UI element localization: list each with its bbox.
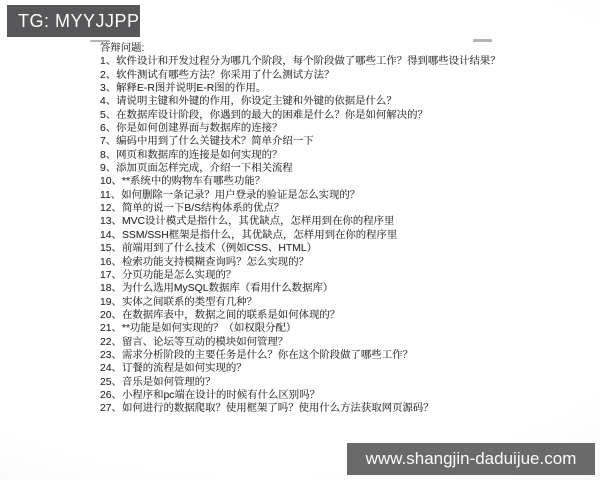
question-number: 20、: [100, 310, 122, 321]
question-list: 答辩问题: 1、软件设计和开发过程分为哪几个阶段，每个阶段做了哪些工作？得到哪些…: [100, 42, 560, 416]
question-number: 7、: [100, 136, 116, 147]
question-text: 需求分析阶段的主要任务是什么？你在这个阶段做了哪些工作？: [122, 350, 413, 361]
question-text: 在数据库表中，数据之间的联系是如何体现的？: [122, 310, 340, 321]
question-number: 16、: [100, 257, 122, 268]
question-text: 解释E-R图并说明E-R图的作用。: [116, 83, 266, 94]
question-number: 19、: [100, 297, 122, 308]
question-number: 4、: [100, 96, 116, 107]
tg-watermark-badge: TG: MYYJJPP: [7, 5, 140, 37]
question-line: 11、如何删除一条记录？用户登录的验证是怎么实现的？: [100, 189, 560, 202]
question-line: 21、**功能是如何实现的？（如权限分配）: [100, 322, 560, 335]
question-text: 为什么选用MySQL数据库（看用什么数据库）: [122, 283, 333, 294]
question-line: 14、SSM/SSH框架是指什么，其优缺点，怎样用到在你的程序里: [100, 229, 560, 242]
question-text: MVC设计模式是指什么，其优缺点，怎样用到在你的程序里: [122, 216, 394, 227]
question-number: 13、: [100, 216, 122, 227]
question-line: 17、分页功能是怎么实现的？: [100, 269, 560, 282]
question-line: 1、软件设计和开发过程分为哪几个阶段，每个阶段做了哪些工作？得到哪些设计结果？: [100, 55, 560, 68]
question-line: 2、软件测试有哪些方法？你采用了什么测试方法？: [100, 69, 560, 82]
question-number: 22、: [100, 337, 122, 348]
question-text: 订餐的流程是如何实现的？: [122, 363, 247, 374]
question-text: 添加页面怎样完成，介绍一下相关流程: [116, 163, 293, 174]
website-watermark-badge: www.shangjin-daduijue.com: [347, 443, 595, 475]
question-number: 24、: [100, 363, 122, 374]
question-line: 12、简单的说一下B/S结构体系的优点？: [100, 202, 560, 215]
question-number: 26、: [100, 390, 122, 401]
question-number: 15、: [100, 243, 122, 254]
question-line: 3、解释E-R图并说明E-R图的作用。: [100, 82, 560, 95]
question-number: 11、: [100, 190, 121, 201]
question-text: 实体之间联系的类型有几种？: [122, 297, 257, 308]
question-text: 你是如何创建界面与数据库的连接？: [116, 123, 282, 134]
question-line: 20、在数据库表中，数据之间的联系是如何体现的？: [100, 309, 560, 322]
question-text: 软件测试有哪些方法？你采用了什么测试方法？: [116, 70, 334, 81]
document-heading: 答辩问题:: [100, 42, 560, 55]
question-line: 7、编码中用到了什么关键技术？简单介绍一下: [100, 135, 560, 148]
question-line: 13、MVC设计模式是指什么，其优缺点，怎样用到在你的程序里: [100, 215, 560, 228]
question-text: 编码中用到了什么关键技术？简单介绍一下: [116, 136, 313, 147]
question-number: 6、: [100, 123, 116, 134]
question-line: 6、你是如何创建界面与数据库的连接？: [100, 122, 560, 135]
question-number: 1、: [100, 56, 116, 67]
question-text: 软件设计和开发过程分为哪几个阶段，每个阶段做了哪些工作？得到哪些设计结果？: [116, 56, 500, 67]
question-line: 15、前端用到了什么技术（例如CSS、HTML）: [100, 242, 560, 255]
question-number: 8、: [100, 150, 116, 161]
question-line: 5、在数据库设计阶段，你遇到的最大的困难是什么？你是如何解决的？: [100, 109, 560, 122]
question-number: 23、: [100, 350, 122, 361]
question-number: 10、: [100, 176, 122, 187]
question-text: 在数据库设计阶段，你遇到的最大的困难是什么？你是如何解决的？: [116, 110, 428, 121]
question-line: 18、为什么选用MySQL数据库（看用什么数据库）: [100, 282, 560, 295]
question-number: 3、: [100, 83, 116, 94]
question-text: **功能是如何实现的？（如权限分配）: [122, 323, 296, 334]
question-line: 24、订餐的流程是如何实现的？: [100, 362, 560, 375]
question-line: 4、请说明主键和外键的作用，你设定主键和外键的依据是什么？: [100, 95, 560, 108]
question-text: 请说明主键和外键的作用，你设定主键和外键的依据是什么？: [116, 96, 397, 107]
question-number: 21、: [100, 323, 122, 334]
question-number: 9、: [100, 163, 116, 174]
question-line: 16、检索功能支持模糊查询吗？怎么实现的？: [100, 256, 560, 269]
question-line: 19、实体之间联系的类型有几种？: [100, 296, 560, 309]
question-line: 8、网页和数据库的连接是如何实现的？: [100, 149, 560, 162]
question-number: 27、: [100, 403, 122, 414]
question-text: 如何进行的数据爬取？使用框架了吗？使用什么方法获取网页源码？: [122, 403, 434, 414]
question-number: 25、: [100, 377, 122, 388]
question-text: SSM/SSH框架是指什么，其优缺点，怎样用到在你的程序里: [122, 230, 397, 241]
scanned-document-page: TG: MYYJJPP 答辩问题: 1、软件设计和开发过程分为哪几个阶段，每个阶…: [0, 0, 600, 480]
question-line: 27、如何进行的数据爬取？使用框架了吗？使用什么方法获取网页源码？: [100, 402, 560, 415]
question-text: 留言、论坛等互动的模块如何管理？: [122, 337, 288, 348]
question-text: 网页和数据库的连接是如何实现的？: [116, 150, 282, 161]
question-line: 26、小程序和pc端在设计的时候有什么区别吗？: [100, 389, 560, 402]
question-line: 9、添加页面怎样完成，介绍一下相关流程: [100, 162, 560, 175]
question-text: **系统中的购物车有哪些功能？: [122, 176, 265, 187]
question-line: 22、留言、论坛等互动的模块如何管理？: [100, 336, 560, 349]
question-line: 10、**系统中的购物车有哪些功能？: [100, 175, 560, 188]
question-text: 前端用到了什么技术（例如CSS、HTML）: [122, 243, 317, 254]
question-text: 简单的说一下B/S结构体系的优点？: [122, 203, 284, 214]
question-number: 14、: [100, 230, 122, 241]
question-text: 分页功能是怎么实现的？: [122, 270, 236, 281]
question-number: 17、: [100, 270, 122, 281]
question-number: 5、: [100, 110, 116, 121]
question-line: 23、需求分析阶段的主要任务是什么？你在这个阶段做了哪些工作？: [100, 349, 560, 362]
question-text: 检索功能支持模糊查询吗？怎么实现的？: [122, 257, 309, 268]
question-text: 小程序和pc端在设计的时候有什么区别吗？: [122, 390, 320, 401]
question-text: 音乐是如何管理的？: [122, 377, 216, 388]
question-text: 如何删除一条记录？用户登录的验证是怎么实现的？: [121, 190, 360, 201]
question-number: 18、: [100, 283, 122, 294]
question-number: 12、: [100, 203, 122, 214]
question-number: 2、: [100, 70, 116, 81]
question-line: 25、音乐是如何管理的？: [100, 376, 560, 389]
